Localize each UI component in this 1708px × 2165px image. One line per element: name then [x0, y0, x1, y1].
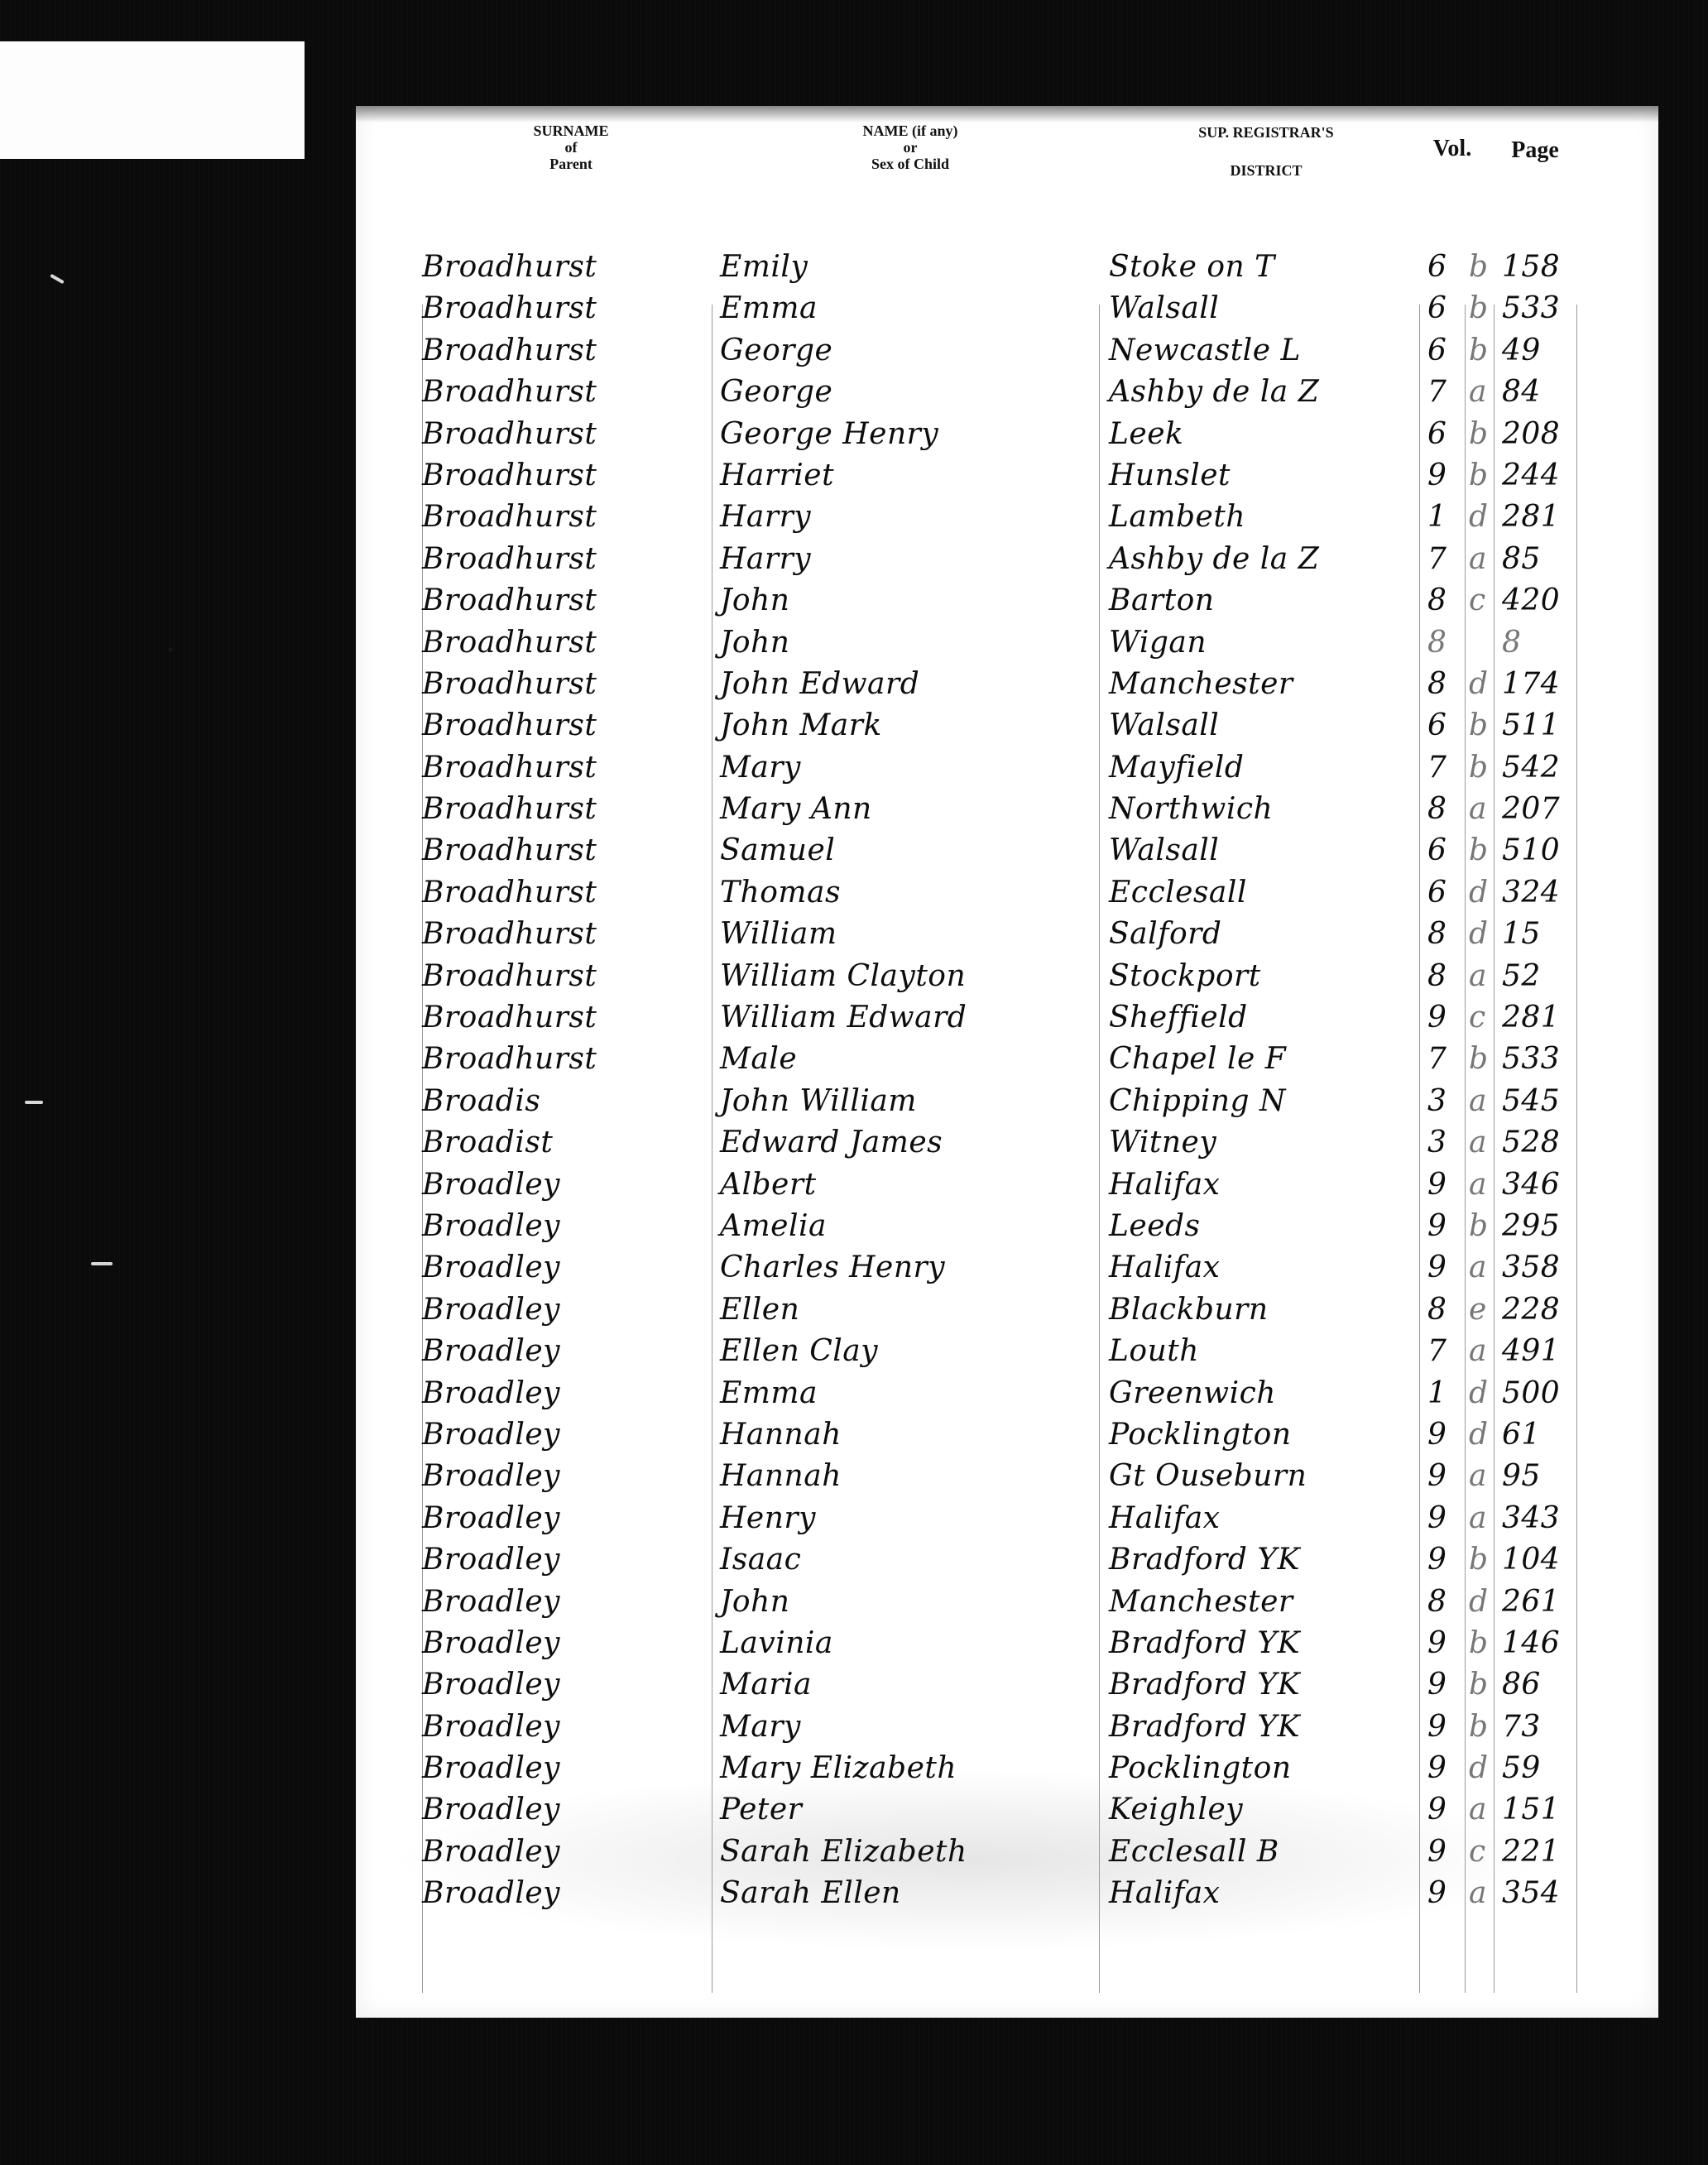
- page-number-cell: 261: [1502, 1585, 1560, 1619]
- header-surname-line1: SURNAME: [488, 122, 654, 139]
- surname-cell: Broadhurst: [422, 876, 597, 910]
- district-cell: Halifax: [1109, 1876, 1220, 1910]
- district-cell: Blackburn: [1109, 1293, 1269, 1327]
- child-name-cell: John: [720, 1585, 789, 1619]
- surname-cell: Broadhurst: [422, 626, 597, 660]
- volume-cell: 7: [1427, 375, 1447, 409]
- child-name-cell: John William: [720, 1084, 917, 1118]
- page-number-cell: 151: [1502, 1793, 1560, 1827]
- district-cell: Ashby de la Z: [1109, 375, 1319, 409]
- volume-cell: 9: [1427, 1251, 1447, 1284]
- page-number-cell: 84: [1502, 375, 1541, 409]
- volume-cell: 8: [1427, 792, 1447, 826]
- child-name-cell: Mary: [720, 1710, 801, 1744]
- redaction-label-strip: [0, 41, 305, 159]
- child-name-cell: Hannah: [720, 1418, 842, 1452]
- volume-cell: 9: [1427, 1876, 1447, 1910]
- child-name-cell: William Clayton: [720, 959, 966, 993]
- volume-cell: 9: [1427, 1668, 1447, 1702]
- index-entry-row: Broadhurst Samuel Walsall 6 b 510: [356, 828, 1658, 870]
- district-cell: Halifax: [1109, 1251, 1220, 1284]
- index-entry-row: Broadley Albert Halifax 9 a 346: [356, 1163, 1658, 1204]
- volume-cell: 6: [1427, 291, 1447, 325]
- volume-letter-cell: b: [1469, 1710, 1489, 1744]
- header-surname-line3: Parent: [488, 156, 654, 172]
- page-number-cell: 533: [1502, 291, 1560, 325]
- volume-letter-cell: d: [1469, 1376, 1489, 1410]
- index-entry-row: Broadhurst Mary Mayfield 7 b 542: [356, 746, 1658, 787]
- volume-letter-cell: c: [1469, 1835, 1486, 1869]
- volume-letter-cell: b: [1469, 417, 1489, 451]
- district-cell: Bradford YK: [1109, 1626, 1300, 1660]
- volume-cell: 8: [1427, 917, 1447, 951]
- volume-cell: 7: [1427, 542, 1447, 576]
- volume-letter-cell: a: [1469, 1168, 1487, 1202]
- district-cell: Bradford YK: [1109, 1710, 1300, 1744]
- child-name-cell: Ellen: [720, 1293, 799, 1327]
- volume-letter-cell: a: [1469, 375, 1487, 409]
- index-entry-row: Broadhurst William Edward Sheffield 9 c …: [356, 996, 1658, 1037]
- district-cell: Halifax: [1109, 1168, 1220, 1202]
- surname-cell: Broadhurst: [422, 334, 597, 367]
- surname-cell: Broadhurst: [422, 667, 597, 701]
- index-entry-row: Broadley Emma Greenwich 1 d 500: [356, 1371, 1658, 1413]
- volume-cell: 9: [1427, 1710, 1447, 1744]
- surname-cell: Broadley: [422, 1209, 560, 1243]
- volume-cell: 9: [1427, 1751, 1447, 1785]
- child-name-cell: George: [720, 334, 832, 367]
- district-cell: Leek: [1109, 417, 1183, 451]
- volume-letter-cell: c: [1469, 583, 1486, 617]
- surname-cell: Broadley: [422, 1418, 560, 1452]
- child-name-cell: Harry: [720, 542, 811, 576]
- volume-cell: 6: [1427, 708, 1447, 742]
- header-district-line2: DISTRICT: [1142, 162, 1390, 179]
- child-name-cell: Lavinia: [720, 1626, 833, 1660]
- index-entries: Broadhurst Emily Stoke on T 6 b 158 Broa…: [356, 245, 1658, 1913]
- index-entry-row: Broadhurst Harry Ashby de la Z 7 a 85: [356, 537, 1658, 578]
- volume-letter-cell: a: [1469, 1459, 1487, 1493]
- volume-letter-cell: b: [1469, 1626, 1489, 1660]
- district-cell: Manchester: [1109, 667, 1293, 701]
- header-district-line1: SUP. REGISTRAR'S: [1142, 124, 1390, 141]
- surname-cell: Broadhurst: [422, 583, 597, 617]
- district-cell: Manchester: [1109, 1585, 1293, 1619]
- index-entry-row: Broadhurst John Edward Manchester 8 d 17…: [356, 662, 1658, 703]
- index-entry-row: Broadhurst William Clayton Stockport 8 a…: [356, 954, 1658, 996]
- volume-letter-cell: e: [1469, 1293, 1487, 1327]
- volume-cell: 6: [1427, 833, 1447, 867]
- child-name-cell: Mary Elizabeth: [720, 1751, 957, 1785]
- district-cell: Halifax: [1109, 1501, 1220, 1535]
- child-name-cell: Albert: [720, 1168, 817, 1202]
- index-entry-row: Broadhurst Emma Walsall 6 b 533: [356, 286, 1658, 328]
- page-number-cell: 510: [1502, 833, 1560, 867]
- header-name-line2: or: [811, 139, 1010, 156]
- index-entry-row: Broadist Edward James Witney 3 a 528: [356, 1121, 1658, 1162]
- page-number-cell: 542: [1502, 751, 1560, 785]
- surname-cell: Broadley: [422, 1168, 560, 1202]
- surname-cell: Broadhurst: [422, 1001, 597, 1034]
- index-entry-row: Broadhurst John Mark Walsall 6 b 511: [356, 703, 1658, 745]
- index-entry-row: Broadhurst George Ashby de la Z 7 a 84: [356, 370, 1658, 411]
- child-name-cell: Hannah: [720, 1459, 842, 1493]
- surname-cell: Broadhurst: [422, 751, 597, 785]
- volume-letter-cell: b: [1469, 334, 1489, 367]
- index-entry-row: Broadley Ellen Clay Louth 7 a 491: [356, 1329, 1658, 1371]
- index-entry-row: Broadhurst Harriet Hunslet 9 b 244: [356, 454, 1658, 495]
- district-cell: Bradford YK: [1109, 1543, 1300, 1577]
- page-number-cell: 420: [1502, 583, 1560, 617]
- child-name-cell: Amelia: [720, 1209, 827, 1243]
- volume-cell: 6: [1427, 250, 1447, 284]
- volume-letter-cell: d: [1469, 1751, 1489, 1785]
- district-cell: Keighley: [1109, 1793, 1243, 1827]
- district-cell: Stoke on T: [1109, 250, 1275, 284]
- volume-cell: 9: [1427, 1543, 1447, 1577]
- index-entry-row: Broadley Mary Elizabeth Pocklington 9 d …: [356, 1746, 1658, 1788]
- volume-letter-cell: a: [1469, 1501, 1487, 1535]
- child-name-cell: John: [720, 626, 789, 660]
- surname-cell: Broadhurst: [422, 500, 597, 534]
- volume-letter-cell: c: [1469, 1001, 1486, 1034]
- volume-cell: 9: [1427, 1459, 1447, 1493]
- volume-cell: 7: [1427, 751, 1447, 785]
- district-cell: Salford: [1109, 917, 1221, 951]
- header-name-line3: Sex of Child: [811, 156, 1010, 172]
- volume-cell: 9: [1427, 1835, 1447, 1869]
- child-name-cell: Sarah Elizabeth: [720, 1835, 967, 1869]
- district-cell: Walsall: [1109, 708, 1219, 742]
- index-entry-row: Broadley Isaac Bradford YK 9 b 104: [356, 1538, 1658, 1579]
- index-entry-row: Broadley Hannah Pocklington 9 d 61: [356, 1413, 1658, 1454]
- page-number-cell: 73: [1502, 1710, 1541, 1744]
- volume-letter-cell: a: [1469, 959, 1487, 993]
- index-entry-row: Broadley Sarah Elizabeth Ecclesall B 9 c…: [356, 1830, 1658, 1871]
- child-name-cell: Emily: [720, 250, 808, 284]
- volume-letter-cell: a: [1469, 792, 1487, 826]
- index-entry-row: Broadley Charles Henry Halifax 9 a 358: [356, 1246, 1658, 1287]
- page-number-cell: 244: [1502, 458, 1560, 492]
- volume-letter-cell: b: [1469, 1042, 1489, 1076]
- child-name-cell: Edward James: [720, 1126, 943, 1159]
- surname-cell: Broadley: [422, 1293, 560, 1327]
- volume-cell: 9: [1427, 1001, 1447, 1034]
- page-number-cell: 295: [1502, 1209, 1560, 1243]
- index-entry-row: Broadley Lavinia Bradford YK 9 b 146: [356, 1621, 1658, 1663]
- page-number-cell: 343: [1502, 1501, 1560, 1535]
- surname-cell: Broadhurst: [422, 708, 597, 742]
- district-cell: Walsall: [1109, 291, 1219, 325]
- child-name-cell: Ellen Clay: [720, 1334, 878, 1368]
- volume-cell: 8: [1427, 1293, 1447, 1327]
- index-entry-row: Broadhurst Harry Lambeth 1 d 281: [356, 495, 1658, 536]
- child-name-cell: Mary Ann: [720, 792, 872, 826]
- district-cell: Northwich: [1109, 792, 1273, 826]
- header-surname: SURNAME of Parent: [488, 122, 654, 172]
- volume-letter-cell: b: [1469, 708, 1489, 742]
- page-number-cell: 86: [1502, 1668, 1541, 1702]
- child-name-cell: Charles Henry: [720, 1251, 945, 1284]
- volume-cell: 9: [1427, 1793, 1447, 1827]
- surname-cell: Broadis: [422, 1084, 540, 1118]
- district-cell: Ecclesall: [1109, 876, 1247, 910]
- page-number-cell: 104: [1502, 1543, 1560, 1577]
- page-number-cell: 146: [1502, 1626, 1560, 1660]
- surname-cell: Broadley: [422, 1668, 560, 1702]
- child-name-cell: Male: [720, 1042, 797, 1076]
- volume-letter-cell: a: [1469, 542, 1487, 576]
- child-name-cell: Thomas: [720, 876, 841, 910]
- volume-cell: 3: [1427, 1126, 1447, 1159]
- surname-cell: Broadley: [422, 1835, 560, 1869]
- index-entry-row: Broadley Henry Halifax 9 a 343: [356, 1496, 1658, 1538]
- district-cell: Ashby de la Z: [1109, 542, 1319, 576]
- surname-cell: Broadhurst: [422, 959, 597, 993]
- surname-cell: Broadhurst: [422, 250, 597, 284]
- index-entry-row: Broadhurst George Henry Leek 6 b 208: [356, 412, 1658, 454]
- volume-letter-cell: a: [1469, 1251, 1487, 1284]
- surname-cell: Broadley: [422, 1334, 560, 1368]
- surname-cell: Broadley: [422, 1710, 560, 1744]
- district-cell: Ecclesall B: [1109, 1835, 1279, 1869]
- volume-letter-cell: b: [1469, 1209, 1489, 1243]
- index-entry-row: Broadhurst Mary Ann Northwich 8 a 207: [356, 787, 1658, 828]
- district-cell: Chapel le F: [1109, 1042, 1286, 1076]
- district-cell: Gt Ouseburn: [1109, 1459, 1307, 1493]
- district-cell: Louth: [1109, 1334, 1199, 1368]
- volume-cell: 7: [1427, 1042, 1447, 1076]
- volume-cell: 8: [1427, 626, 1447, 660]
- dust-speck: [91, 1262, 113, 1265]
- index-entry-row: Broadhurst Male Chapel le F 7 b 533: [356, 1037, 1658, 1078]
- volume-cell: 1: [1427, 500, 1447, 534]
- volume-letter-cell: d: [1469, 667, 1489, 701]
- volume-letter-cell: a: [1469, 1334, 1487, 1368]
- volume-letter-cell: b: [1469, 1543, 1489, 1577]
- index-entry-row: Broadhurst Emily Stoke on T 6 b 158: [356, 245, 1658, 286]
- surname-cell: Broadley: [422, 1626, 560, 1660]
- surname-cell: Broadhurst: [422, 417, 597, 451]
- header-name: NAME (if any) or Sex of Child: [811, 122, 1010, 172]
- surname-cell: Broadley: [422, 1543, 560, 1577]
- volume-cell: 6: [1427, 876, 1447, 910]
- surname-cell: Broadley: [422, 1501, 560, 1535]
- surname-cell: Broadist: [422, 1126, 553, 1159]
- index-entry-row: Broadley John Manchester 8 d 261: [356, 1580, 1658, 1621]
- child-name-cell: William Edward: [720, 1001, 967, 1034]
- index-entry-row: Broadley Maria Bradford YK 9 b 86: [356, 1663, 1658, 1704]
- volume-letter-cell: b: [1469, 250, 1489, 284]
- page-number-cell: 221: [1502, 1835, 1560, 1869]
- page-number-cell: 354: [1502, 1876, 1560, 1910]
- surname-cell: Broadhurst: [422, 375, 597, 409]
- child-name-cell: George Henry: [720, 417, 938, 451]
- index-entry-row: Broadley Amelia Leeds 9 b 295: [356, 1204, 1658, 1246]
- volume-letter-cell: b: [1469, 458, 1489, 492]
- volume-cell: 6: [1427, 417, 1447, 451]
- index-entry-row: Broadhurst John Wigan 8 8: [356, 621, 1658, 662]
- surname-cell: Broadhurst: [422, 1042, 597, 1076]
- district-cell: Stockport: [1109, 959, 1261, 993]
- child-name-cell: John: [720, 583, 789, 617]
- page-number-cell: 324: [1502, 876, 1560, 910]
- volume-letter-cell: b: [1469, 833, 1489, 867]
- surname-cell: Broadhurst: [422, 833, 597, 867]
- page-number-cell: 545: [1502, 1084, 1560, 1118]
- surname-cell: Broadhurst: [422, 458, 597, 492]
- index-entry-row: Broadis John William Chipping N 3 a 545: [356, 1079, 1658, 1121]
- district-cell: Chipping N: [1109, 1084, 1286, 1118]
- child-name-cell: Samuel: [720, 833, 835, 867]
- volume-cell: 8: [1427, 667, 1447, 701]
- volume-letter-cell: a: [1469, 1793, 1487, 1827]
- dust-speck: [25, 1101, 43, 1104]
- child-name-cell: George: [720, 375, 832, 409]
- child-name-cell: John Mark: [720, 708, 882, 742]
- child-name-cell: Mary: [720, 751, 801, 785]
- page-number-cell: 358: [1502, 1251, 1560, 1284]
- child-name-cell: Henry: [720, 1501, 816, 1535]
- volume-cell: 9: [1427, 458, 1447, 492]
- surname-cell: Broadhurst: [422, 291, 597, 325]
- page-number-cell: 174: [1502, 667, 1560, 701]
- volume-letter-cell: a: [1469, 1084, 1487, 1118]
- district-cell: Lambeth: [1109, 500, 1245, 534]
- surname-cell: Broadley: [422, 1585, 560, 1619]
- volume-letter-cell: b: [1469, 1668, 1489, 1702]
- page-number-cell: 59: [1502, 1751, 1541, 1785]
- volume-letter-cell: a: [1469, 1876, 1487, 1910]
- volume-cell: 9: [1427, 1501, 1447, 1535]
- district-cell: Bradford YK: [1109, 1668, 1300, 1702]
- page-number-cell: 228: [1502, 1293, 1560, 1327]
- child-name-cell: Peter: [720, 1793, 802, 1827]
- index-entry-row: Broadhurst William Salford 8 d 15: [356, 912, 1658, 953]
- district-cell: Newcastle L: [1109, 334, 1301, 367]
- page-number-cell: 52: [1502, 959, 1541, 993]
- volume-cell: 9: [1427, 1626, 1447, 1660]
- page-number-cell: 15: [1502, 917, 1541, 951]
- volume-cell: 9: [1427, 1418, 1447, 1452]
- volume-letter-cell: d: [1469, 917, 1489, 951]
- surname-cell: Broadley: [422, 1459, 560, 1493]
- child-name-cell: Isaac: [720, 1543, 801, 1577]
- index-entry-row: Broadhurst George Newcastle L 6 b 49: [356, 329, 1658, 370]
- district-cell: Barton: [1109, 583, 1214, 617]
- child-name-cell: Harry: [720, 500, 811, 534]
- child-name-cell: John Edward: [720, 667, 919, 701]
- district-cell: Sheffield: [1109, 1001, 1248, 1034]
- register-page: SURNAME of Parent NAME (if any) or Sex o…: [356, 106, 1658, 2018]
- page-number-cell: 8: [1502, 626, 1521, 660]
- header-name-line1: NAME (if any): [811, 122, 1010, 139]
- page-number-cell: 85: [1502, 542, 1541, 576]
- volume-letter-cell: d: [1469, 1585, 1489, 1619]
- district-cell: Mayfield: [1109, 751, 1244, 785]
- surname-cell: Broadhurst: [422, 917, 597, 951]
- child-name-cell: Harriet: [720, 458, 834, 492]
- index-entry-row: Broadley Ellen Blackburn 8 e 228: [356, 1288, 1658, 1329]
- page-number-cell: 207: [1502, 792, 1560, 826]
- volume-letter-cell: a: [1469, 1126, 1487, 1159]
- page-number-cell: 491: [1502, 1334, 1560, 1368]
- child-name-cell: Emma: [720, 1376, 818, 1410]
- header-district: SUP. REGISTRAR'S DISTRICT: [1142, 124, 1390, 179]
- index-entry-row: Broadley Sarah Ellen Halifax 9 a 354: [356, 1871, 1658, 1913]
- child-name-cell: Sarah Ellen: [720, 1876, 901, 1910]
- volume-cell: 3: [1427, 1084, 1447, 1118]
- index-entry-row: Broadley Mary Bradford YK 9 b 73: [356, 1705, 1658, 1746]
- district-cell: Hunslet: [1109, 458, 1231, 492]
- page-number-cell: 208: [1502, 417, 1560, 451]
- page-number-cell: 95: [1502, 1459, 1541, 1493]
- surname-cell: Broadley: [422, 1876, 560, 1910]
- district-cell: Walsall: [1109, 833, 1219, 867]
- volume-cell: 8: [1427, 959, 1447, 993]
- surname-cell: Broadhurst: [422, 542, 597, 576]
- header-surname-line2: of: [488, 139, 654, 156]
- page-number-cell: 61: [1502, 1418, 1541, 1452]
- volume-letter-cell: d: [1469, 1418, 1489, 1452]
- district-cell: Pocklington: [1109, 1418, 1292, 1452]
- volume-cell: 8: [1427, 1585, 1447, 1619]
- page-number-cell: 346: [1502, 1168, 1560, 1202]
- surname-cell: Broadley: [422, 1376, 560, 1410]
- volume-letter-cell: b: [1469, 751, 1489, 785]
- surname-cell: Broadley: [422, 1751, 560, 1785]
- volume-cell: 7: [1427, 1334, 1447, 1368]
- volume-letter-cell: d: [1469, 876, 1489, 910]
- header-page: Page: [1494, 142, 1576, 159]
- page-number-cell: 500: [1502, 1376, 1560, 1410]
- page-number-cell: 281: [1502, 1001, 1560, 1034]
- page-number-cell: 533: [1502, 1042, 1560, 1076]
- volume-cell: 8: [1427, 583, 1447, 617]
- index-entry-row: Broadhurst John Barton 8 c 420: [356, 578, 1658, 620]
- index-entry-row: Broadley Hannah Gt Ouseburn 9 a 95: [356, 1454, 1658, 1495]
- page-number-cell: 49: [1502, 334, 1541, 367]
- volume-letter-cell: b: [1469, 291, 1489, 325]
- district-cell: Wigan: [1109, 626, 1207, 660]
- page-number-cell: 281: [1502, 500, 1560, 534]
- volume-letter-cell: d: [1469, 500, 1489, 534]
- volume-cell: 9: [1427, 1209, 1447, 1243]
- page-number-cell: 158: [1502, 250, 1560, 284]
- volume-cell: 6: [1427, 334, 1447, 367]
- district-cell: Witney: [1109, 1126, 1216, 1159]
- surname-cell: Broadley: [422, 1793, 560, 1827]
- child-name-cell: Emma: [720, 291, 818, 325]
- district-cell: Pocklington: [1109, 1751, 1292, 1785]
- child-name-cell: Maria: [720, 1668, 812, 1702]
- district-cell: Leeds: [1109, 1209, 1201, 1243]
- surname-cell: Broadley: [422, 1251, 560, 1284]
- header-vol: Vol.: [1419, 141, 1485, 157]
- surname-cell: Broadhurst: [422, 792, 597, 826]
- volume-cell: 9: [1427, 1168, 1447, 1202]
- page-number-cell: 528: [1502, 1126, 1560, 1159]
- district-cell: Greenwich: [1109, 1376, 1276, 1410]
- index-entry-row: Broadhurst Thomas Ecclesall 6 d 324: [356, 871, 1658, 912]
- page-number-cell: 511: [1502, 708, 1560, 742]
- volume-cell: 1: [1427, 1376, 1447, 1410]
- index-entry-row: Broadley Peter Keighley 9 a 151: [356, 1788, 1658, 1829]
- child-name-cell: William: [720, 917, 837, 951]
